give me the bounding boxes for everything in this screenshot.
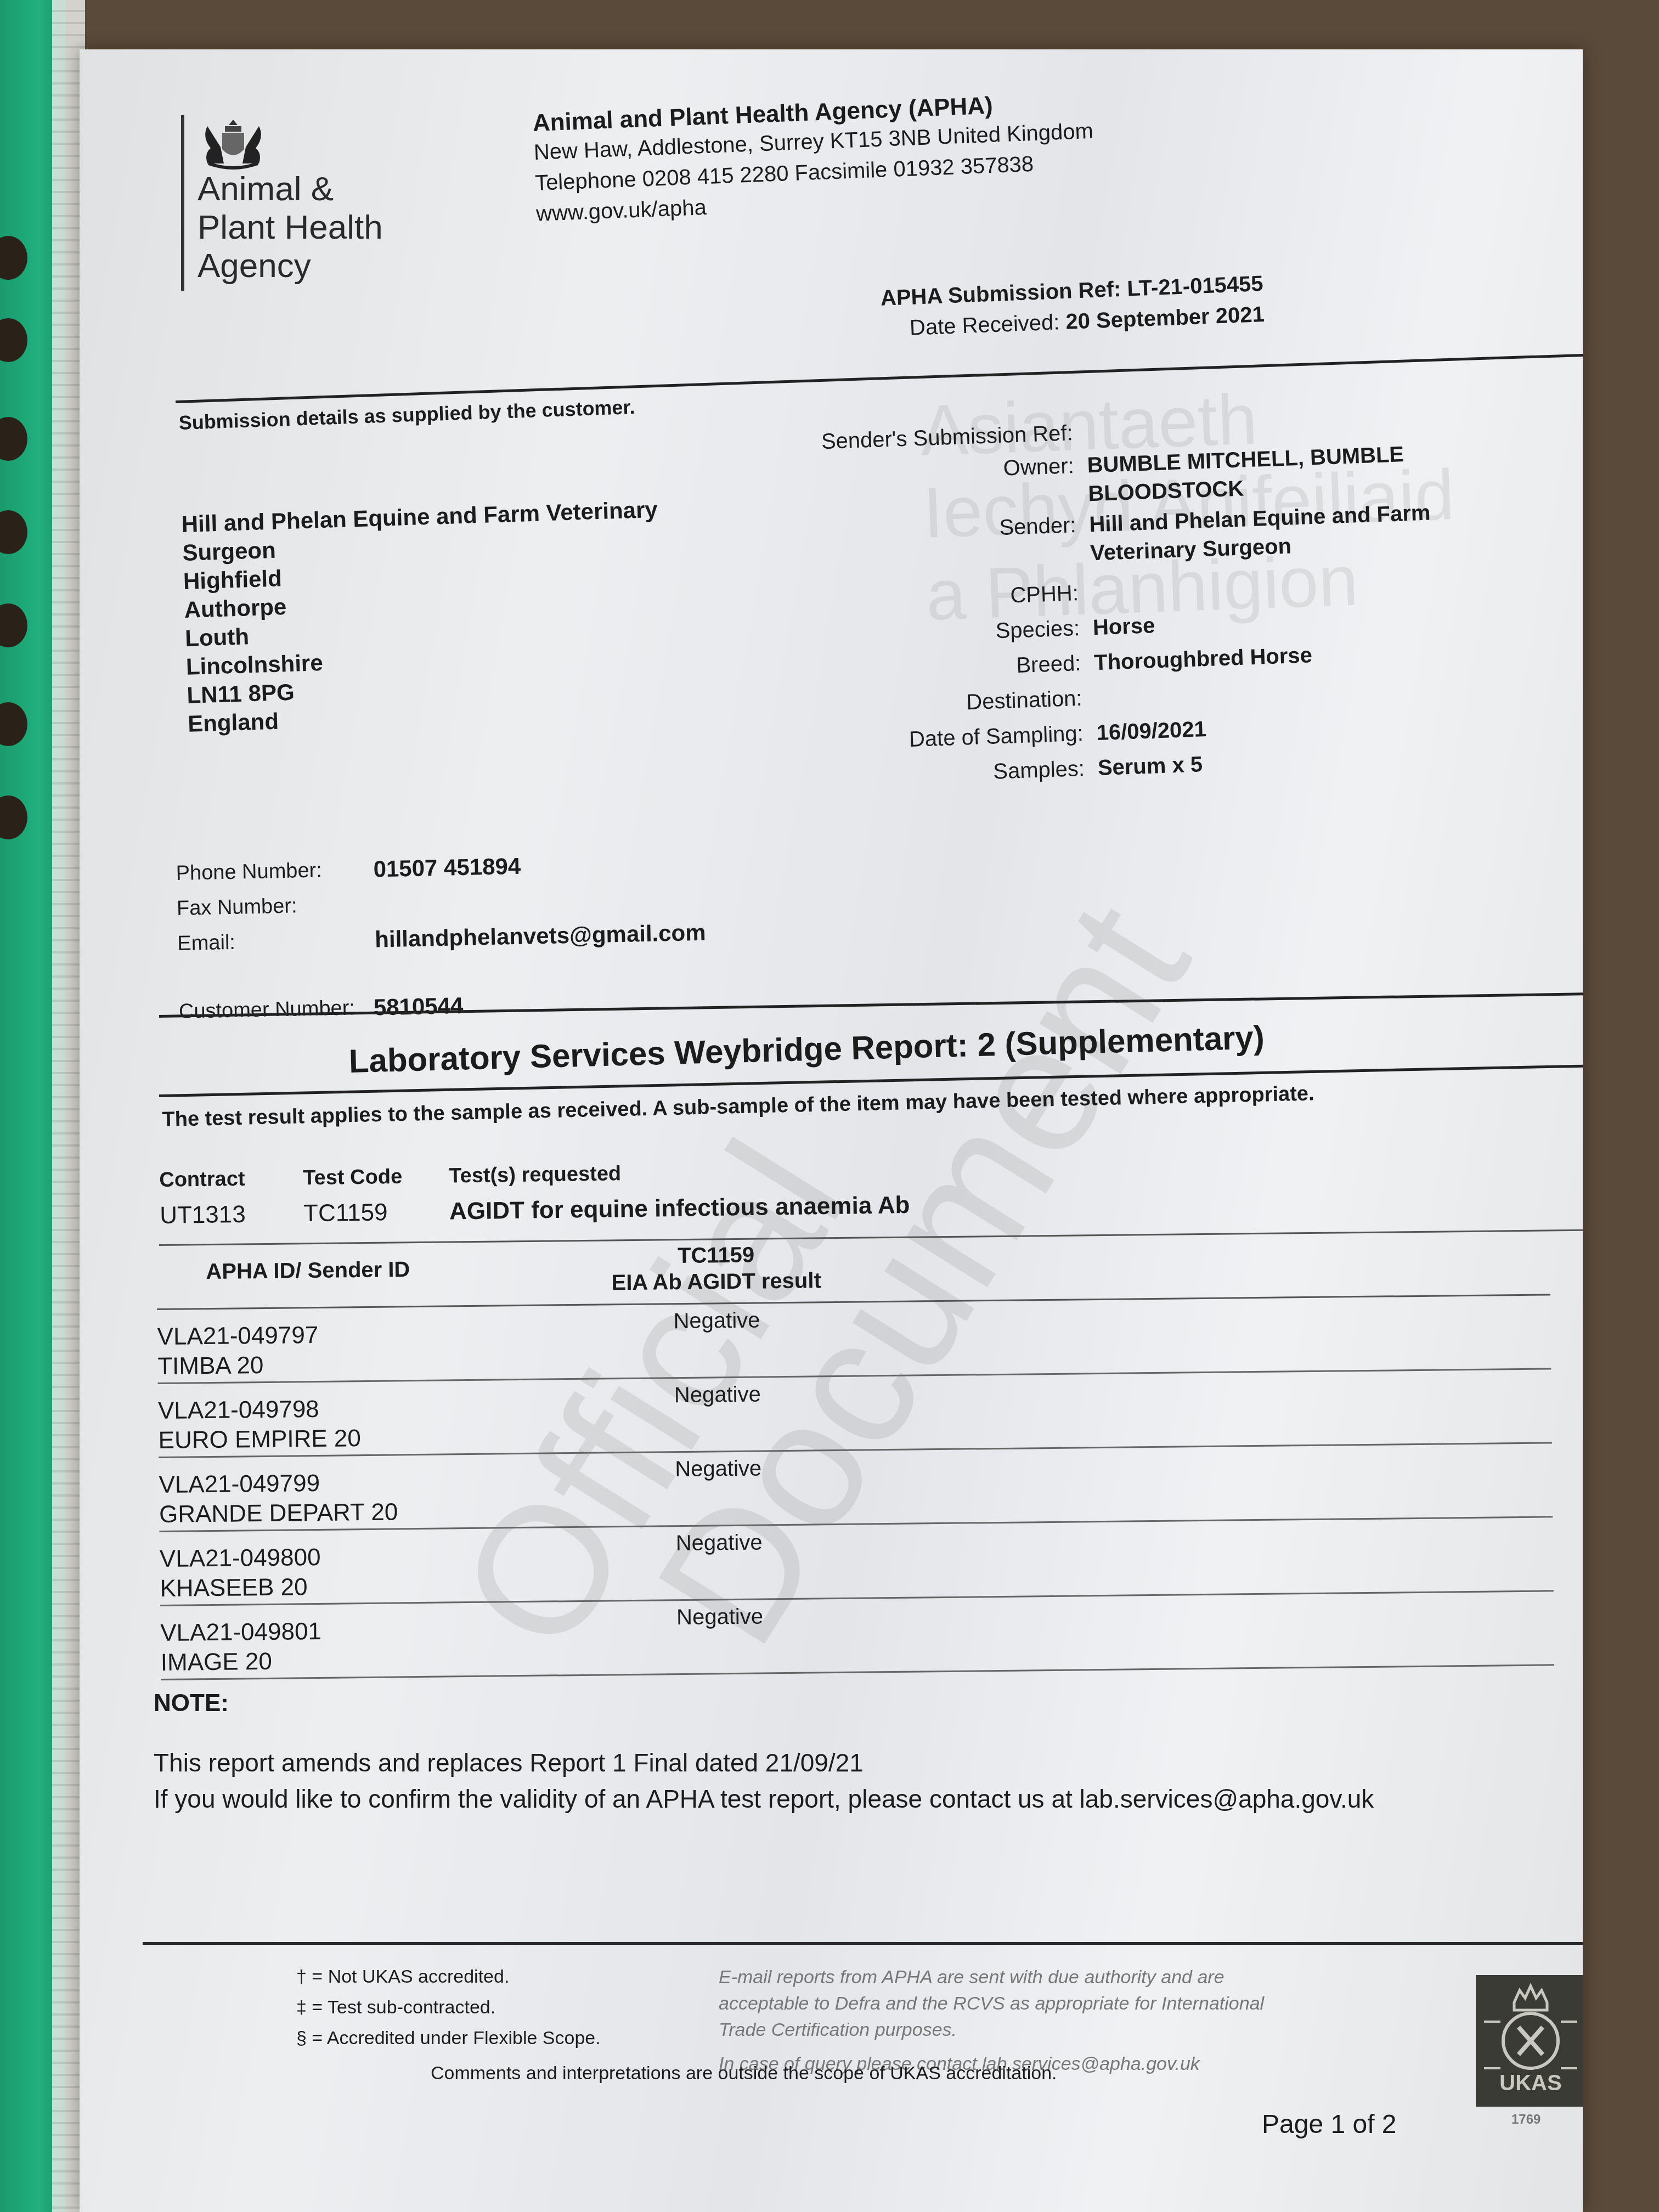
result-value: Negative xyxy=(601,1303,832,1378)
report-note: NOTE: This report amends and replaces Re… xyxy=(154,1690,1374,1817)
date-received-value: 20 September 2021 xyxy=(1065,302,1265,334)
customer-contact: Phone Number:01507 451894 Fax Number: Em… xyxy=(176,845,708,1029)
customer-address: Hill and Phelan Equine and Farm Veterina… xyxy=(181,495,664,738)
ukas-scope-statement: Comments and interpretations are outside… xyxy=(431,2063,1057,2084)
customer-number: 5810544 xyxy=(373,988,464,1025)
result-row: VLA21-049800KHASEEB 20 Negative xyxy=(159,1517,1553,1606)
logo-divider xyxy=(181,115,184,291)
punch-hole xyxy=(0,510,27,554)
page-number: Page 1 of 2 xyxy=(1262,2109,1397,2140)
result-row: VLA21-049799GRANDE DEPART 20 Negative xyxy=(159,1443,1553,1532)
submission-details: Sender's Submission Ref: Owner:BUMBLE MI… xyxy=(809,405,1482,792)
result-row: VLA21-049798EURO EMPIRE 20 Negative xyxy=(158,1369,1552,1458)
ukas-badge-icon: UKAS xyxy=(1476,1975,1583,2107)
footer-divider xyxy=(143,1942,1583,1945)
result-value: Negative xyxy=(605,1599,836,1674)
email-address: hillandphelanvets@gmail.com xyxy=(375,915,707,957)
result-value: Negative xyxy=(603,1525,834,1600)
punch-hole xyxy=(0,318,27,362)
punch-hole xyxy=(0,795,27,839)
results-table: APHA ID/ Sender ID TC1159 EIA Ab AGIDT r… xyxy=(156,1233,1554,1680)
punch-hole xyxy=(0,236,27,280)
phone-number: 01507 451894 xyxy=(373,849,521,887)
email-report-notice: E-mail reports from APHA are sent with d… xyxy=(719,1964,1264,2077)
svg-text:UKAS: UKAS xyxy=(1499,2071,1561,2095)
note-amendment: This report amends and replaces Report 1… xyxy=(154,1745,1374,1781)
submission-reference: APHA Submission Ref: LT-21-015455 Date R… xyxy=(820,268,1265,347)
note-validity-contact: If you would like to confirm the validit… xyxy=(154,1781,1374,1817)
supplied-heading: Submission details as supplied by the cu… xyxy=(178,396,635,435)
accreditation-legend: † = Not UKAS accredited. ‡ = Test sub-co… xyxy=(296,1961,601,2053)
lab-report-page: Asiantaeth Iechyd Anifeiliaid a Phlanhig… xyxy=(80,49,1583,2212)
agency-logo-text: Animal & Plant Health Agency xyxy=(198,170,383,285)
punch-hole xyxy=(0,417,27,461)
submission-ref-value: LT-21-015455 xyxy=(1127,272,1264,301)
agency-header: Animal and Plant Health Agency (APHA) Ne… xyxy=(532,88,1096,229)
result-value: Negative xyxy=(603,1451,834,1526)
result-value: Negative xyxy=(602,1377,833,1452)
result-row: VLA21-049797TIMBA 20 Negative xyxy=(157,1295,1551,1384)
punch-hole xyxy=(0,603,27,647)
royal-coat-of-arms-icon xyxy=(198,115,269,170)
result-row: VLA21-049801IMAGE 20 Negative xyxy=(160,1592,1554,1680)
ukas-accreditation-number: 1769 xyxy=(1511,2112,1541,2128)
punch-hole xyxy=(0,702,27,746)
